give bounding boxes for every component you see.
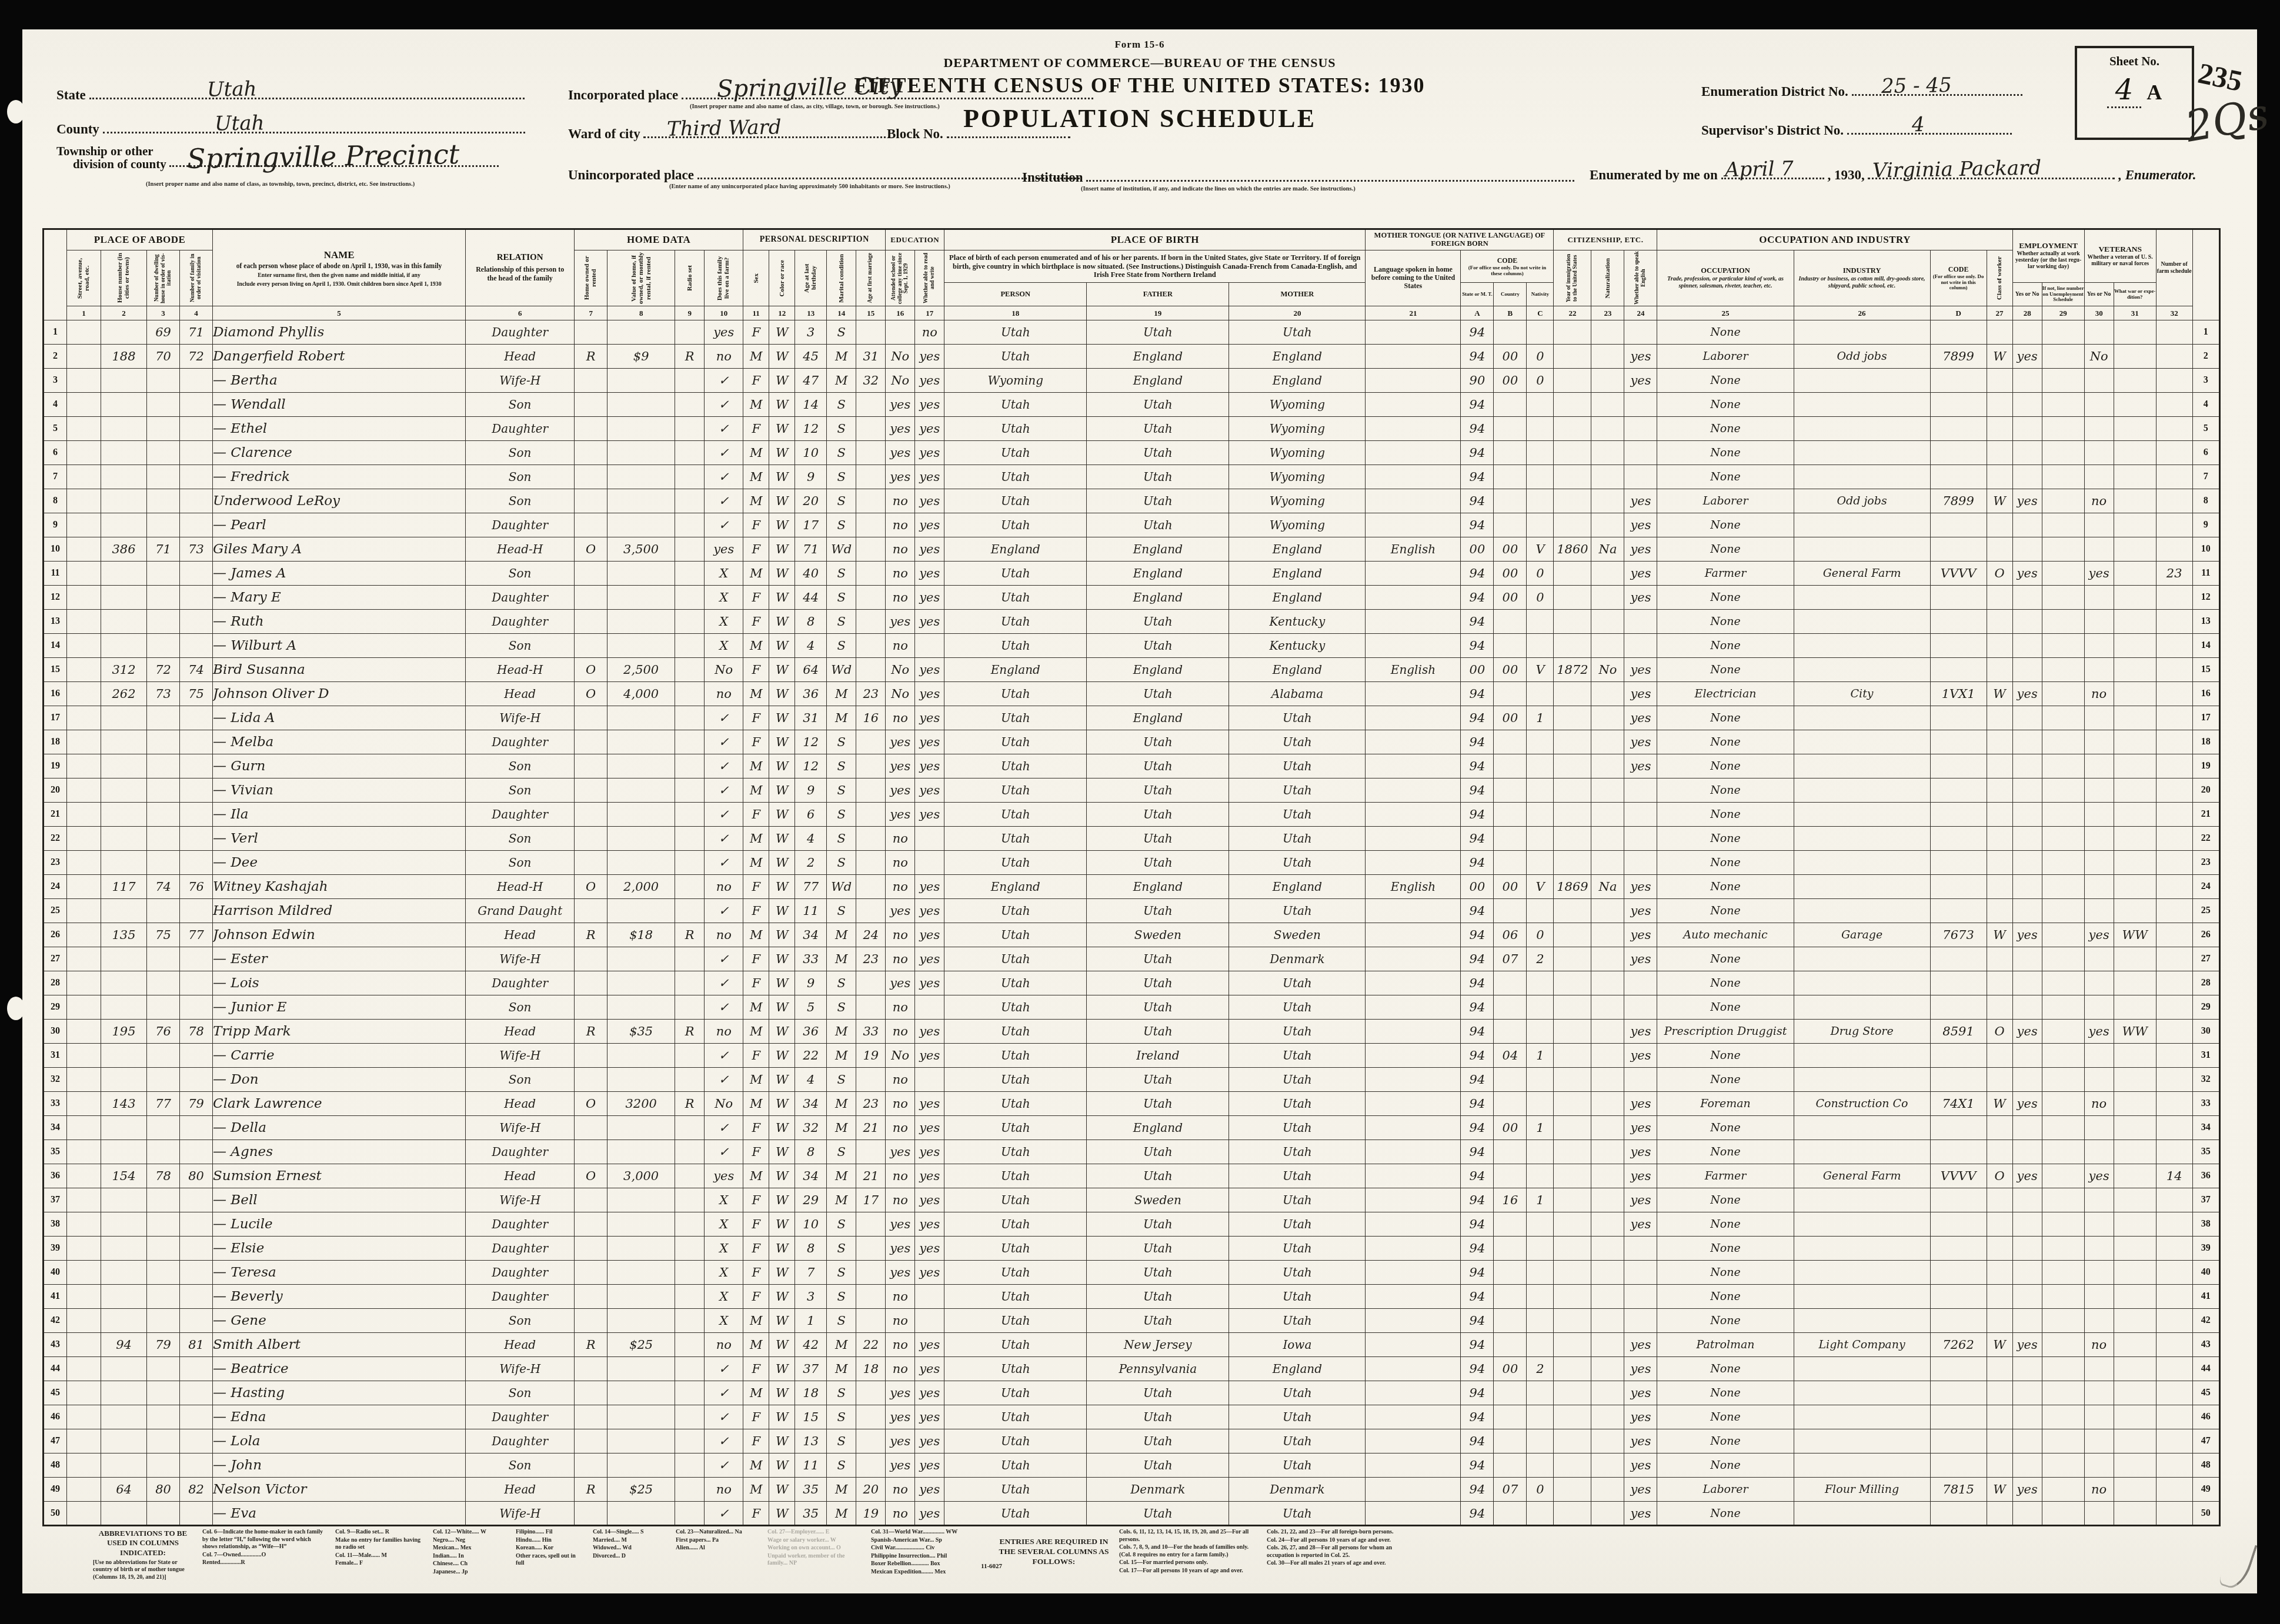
cell-language xyxy=(1366,682,1461,706)
cell-relation: Daughter xyxy=(466,1261,575,1285)
cell-occupation: None xyxy=(1657,706,1794,730)
cell-code_d: 7262 xyxy=(1930,1333,1987,1357)
cell-occupation: Patrolman xyxy=(1657,1333,1794,1357)
cell-sex: F xyxy=(743,610,769,634)
cell-immig: 1860 xyxy=(1554,537,1591,562)
cell-school: yes xyxy=(886,465,915,489)
table-row: 12— Mary EDaughterXFW44SnoyesUtahEngland… xyxy=(44,586,2220,610)
cell-family xyxy=(180,1453,213,1478)
cell-house xyxy=(101,706,147,730)
cell-language xyxy=(1366,610,1461,634)
cell-family xyxy=(180,393,213,417)
cell-language xyxy=(1366,441,1461,465)
cell-bp_mother: Utah xyxy=(1229,1285,1366,1309)
cell-farm_no xyxy=(2156,658,2192,682)
incorporated-field: Incorporated place Springville City xyxy=(568,83,1093,103)
cell-english xyxy=(1624,610,1657,634)
cell-farm_no xyxy=(2156,1261,2192,1285)
cell-unemp xyxy=(2042,1237,2084,1261)
cell-bp_mother: Utah xyxy=(1229,1381,1366,1405)
cell-relation: Head-H xyxy=(466,658,575,682)
cell-english xyxy=(1624,465,1657,489)
cell-ln: 8 xyxy=(44,489,67,513)
cell-house xyxy=(101,1357,147,1381)
table-row: 9— PearlDaughter✓FW17SnoyesUtahUtahWyomi… xyxy=(44,513,2220,537)
cell-work: yes xyxy=(2012,1164,2042,1188)
cell-code_a: 94 xyxy=(1461,1068,1494,1092)
township-label-2: division of county xyxy=(56,158,166,171)
cell-age: 37 xyxy=(795,1357,827,1381)
cell-value: 3200 xyxy=(607,1092,675,1116)
cell-farm: X xyxy=(705,1212,743,1237)
col-number-15: 15 xyxy=(856,306,886,320)
cell-sex: M xyxy=(743,441,769,465)
cell-code_d: 7899 xyxy=(1930,489,1987,513)
cell-name: — Della xyxy=(213,1116,466,1140)
cell-natur xyxy=(1591,1068,1624,1092)
cell-code_a: 94 xyxy=(1461,1405,1494,1429)
cell-color: W xyxy=(769,899,795,923)
cell-radio xyxy=(675,1044,705,1068)
cell-work xyxy=(2012,1237,2042,1261)
cell-sex: F xyxy=(743,706,769,730)
cell-school: no xyxy=(886,827,915,851)
cell-color: W xyxy=(769,1381,795,1405)
cell-work xyxy=(2012,1140,2042,1164)
cell-class xyxy=(1987,1502,2012,1526)
cell-age_m: 22 xyxy=(856,1333,886,1357)
cell-industry xyxy=(1794,1188,1930,1212)
col-header-birth-mother: MOTHER xyxy=(1229,283,1366,306)
print-code: 11-6027 xyxy=(981,1563,1002,1570)
cell-read: yes xyxy=(915,706,944,730)
cell-ln-right: 32 xyxy=(2192,1068,2219,1092)
cell-value xyxy=(607,899,675,923)
cell-work xyxy=(2012,320,2042,345)
cell-ln-right: 22 xyxy=(2192,827,2219,851)
cell-color: W xyxy=(769,1478,795,1502)
cell-code_d xyxy=(1930,1502,1987,1526)
cell-read: yes xyxy=(915,658,944,682)
cell-school: yes xyxy=(886,610,915,634)
cell-street: 1 North xyxy=(67,1333,101,1357)
cell-occupation: Prescription Druggist xyxy=(1657,1020,1794,1044)
cell-name: — Eva xyxy=(213,1502,466,1526)
employment-sub: Whether actually at work yesterday (or t… xyxy=(2013,250,2084,271)
cell-name: — Agnes xyxy=(213,1140,466,1164)
handwritten-mark: 2Qs xyxy=(2182,88,2272,151)
cell-radio xyxy=(675,465,705,489)
cell-class: O xyxy=(1987,1164,2012,1188)
cell-dwelling xyxy=(147,1212,180,1237)
cell-language xyxy=(1366,730,1461,754)
cell-own xyxy=(575,730,607,754)
cell-value xyxy=(607,1502,675,1526)
cell-vet xyxy=(2084,1429,2114,1453)
cell-age_m xyxy=(856,1429,886,1453)
cell-family xyxy=(180,1116,213,1140)
cell-street xyxy=(67,658,101,682)
cell-dwelling: 71 xyxy=(147,537,180,562)
cell-read: yes xyxy=(915,1188,944,1212)
cell-code_d xyxy=(1930,1044,1987,1068)
cell-farm: ✓ xyxy=(705,899,743,923)
cell-school: no xyxy=(886,1333,915,1357)
cell-farm: ✓ xyxy=(705,441,743,465)
cell-ln-right: 49 xyxy=(2192,1478,2219,1502)
cell-dwelling xyxy=(147,1068,180,1092)
cell-natur xyxy=(1591,1188,1624,1212)
cell-vet: no xyxy=(2084,489,2114,513)
cell-dwelling xyxy=(147,754,180,778)
cell-house: 143 xyxy=(101,1092,147,1116)
cell-farm_no xyxy=(2156,706,2192,730)
cell-farm_no xyxy=(2156,1453,2192,1478)
cell-value xyxy=(607,586,675,610)
col-number-2: 2 xyxy=(101,306,147,320)
cell-unemp xyxy=(2042,1116,2084,1140)
cell-name: — Wilburt A xyxy=(213,634,466,658)
cell-bp_person: Utah xyxy=(944,1405,1087,1429)
township-note: (Insert proper name and also name of cla… xyxy=(146,181,415,188)
cell-industry xyxy=(1794,1429,1930,1453)
cell-ln-right: 26 xyxy=(2192,923,2219,947)
cell-color: W xyxy=(769,562,795,586)
cell-ln: 14 xyxy=(44,634,67,658)
cell-color: W xyxy=(769,1285,795,1309)
cell-occupation: None xyxy=(1657,417,1794,441)
cell-language xyxy=(1366,562,1461,586)
cell-street xyxy=(67,320,101,345)
cell-farm_no xyxy=(2156,730,2192,754)
cell-street xyxy=(67,827,101,851)
cell-natur xyxy=(1591,1092,1624,1116)
cell-ln-right: 43 xyxy=(2192,1333,2219,1357)
cell-age: 22 xyxy=(795,1044,827,1068)
cell-family xyxy=(180,1309,213,1333)
table-row: 5— EthelDaughter✓FW12SyesyesUtahUtahWyom… xyxy=(44,417,2220,441)
cell-farm: ✓ xyxy=(705,1116,743,1140)
cell-code_c: V xyxy=(1527,875,1554,899)
cell-farm_no xyxy=(2156,827,2192,851)
cell-class xyxy=(1987,754,2012,778)
cell-code_d xyxy=(1930,875,1987,899)
cell-street xyxy=(67,899,101,923)
cell-natur xyxy=(1591,369,1624,393)
cell-occupation: Farmer xyxy=(1657,562,1794,586)
cell-street xyxy=(67,1309,101,1333)
cell-ln-right: 7 xyxy=(2192,465,2219,489)
cell-code_b: 07 xyxy=(1494,1478,1527,1502)
cell-industry xyxy=(1794,537,1930,562)
cell-age: 11 xyxy=(795,1453,827,1478)
cell-code_b xyxy=(1494,1429,1527,1453)
cell-code_b: 07 xyxy=(1494,947,1527,971)
cell-relation: Daughter xyxy=(466,1212,575,1237)
cell-natur xyxy=(1591,730,1624,754)
cell-vet xyxy=(2084,1068,2114,1092)
cell-own xyxy=(575,586,607,610)
cell-code_b xyxy=(1494,899,1527,923)
cell-own xyxy=(575,706,607,730)
cell-relation: Wife-H xyxy=(466,706,575,730)
cell-immig xyxy=(1554,995,1591,1020)
cell-code_b xyxy=(1494,320,1527,345)
cell-work xyxy=(2012,586,2042,610)
cell-bp_person: Wyoming xyxy=(944,369,1087,393)
cell-natur: No xyxy=(1591,658,1624,682)
cell-radio xyxy=(675,803,705,827)
cell-war xyxy=(2114,875,2156,899)
cell-own xyxy=(575,441,607,465)
cell-english: yes xyxy=(1624,1333,1657,1357)
cell-dwelling xyxy=(147,586,180,610)
cell-street xyxy=(67,562,101,586)
cell-dwelling xyxy=(147,1309,180,1333)
cell-ln-right: 20 xyxy=(2192,778,2219,803)
cell-bp_father: Utah xyxy=(1087,1020,1229,1044)
cell-school: No xyxy=(886,369,915,393)
cell-school: no xyxy=(886,706,915,730)
cell-code_d: VVVV xyxy=(1930,562,1987,586)
cell-age: 45 xyxy=(795,345,827,369)
veterans-title: VETERANS xyxy=(2085,245,2156,254)
cell-relation: Daughter xyxy=(466,417,575,441)
cell-farm_no xyxy=(2156,1140,2192,1164)
cell-class xyxy=(1987,441,2012,465)
cell-own xyxy=(575,1140,607,1164)
cell-work xyxy=(2012,1429,2042,1453)
cell-immig xyxy=(1554,827,1591,851)
cell-natur xyxy=(1591,899,1624,923)
cell-bp_father: Utah xyxy=(1087,1502,1229,1526)
cell-english xyxy=(1624,1237,1657,1261)
cell-code_d: 7815 xyxy=(1930,1478,1987,1502)
cell-ln: 16 xyxy=(44,682,67,706)
cell-read: yes xyxy=(915,1164,944,1188)
cell-bp_mother: Utah xyxy=(1229,1020,1366,1044)
cell-ln-right: 40 xyxy=(2192,1261,2219,1285)
cell-marital: S xyxy=(827,971,856,995)
cell-family xyxy=(180,1357,213,1381)
cell-farm_no xyxy=(2156,851,2192,875)
cell-radio xyxy=(675,1164,705,1188)
cell-ln: 4 xyxy=(44,393,67,417)
state-label: State xyxy=(56,88,86,102)
cell-read: yes xyxy=(915,1333,944,1357)
cell-farm: no xyxy=(705,1020,743,1044)
cell-war xyxy=(2114,803,2156,827)
cell-ln-right: 41 xyxy=(2192,1285,2219,1309)
cell-english: yes xyxy=(1624,682,1657,706)
table-row: 35— AgnesDaughter✓FW8SyesyesUtahUtahUtah… xyxy=(44,1140,2220,1164)
cell-read xyxy=(915,1285,944,1309)
cell-code_d xyxy=(1930,1405,1987,1429)
cell-value xyxy=(607,995,675,1020)
cell-school: No xyxy=(886,658,915,682)
cell-name: — Gene xyxy=(213,1309,466,1333)
cell-code_a: 94 xyxy=(1461,1502,1494,1526)
cell-code_a: 94 xyxy=(1461,1478,1494,1502)
cell-age_m xyxy=(856,851,886,875)
table-row: 241 West1177476Witney KashajahHead-HO2,0… xyxy=(44,875,2220,899)
cell-farm: ✓ xyxy=(705,827,743,851)
cell-natur xyxy=(1591,1164,1624,1188)
cell-school: yes xyxy=(886,730,915,754)
cell-sex: M xyxy=(743,1309,769,1333)
cell-marital: S xyxy=(827,441,856,465)
cell-color: W xyxy=(769,489,795,513)
cell-farm_no xyxy=(2156,320,2192,345)
cell-house xyxy=(101,730,147,754)
cell-radio: R xyxy=(675,923,705,947)
cell-family xyxy=(180,971,213,995)
cell-english: yes xyxy=(1624,1405,1657,1429)
cell-color: W xyxy=(769,658,795,682)
cell-marital: S xyxy=(827,1261,856,1285)
col-header-age: Age at last birthday xyxy=(795,250,827,306)
cell-marital: S xyxy=(827,1429,856,1453)
cell-marital: S xyxy=(827,586,856,610)
cell-unemp xyxy=(2042,1478,2084,1502)
cell-english: yes xyxy=(1624,1116,1657,1140)
cell-bp_person: Utah xyxy=(944,417,1087,441)
cell-bp_person: England xyxy=(944,658,1087,682)
cell-bp_person: Utah xyxy=(944,803,1087,827)
cell-bp_father: Utah xyxy=(1087,1405,1229,1429)
cell-street xyxy=(67,634,101,658)
cell-class xyxy=(1987,803,2012,827)
cell-natur xyxy=(1591,923,1624,947)
cell-class xyxy=(1987,1237,2012,1261)
cell-school: yes xyxy=(886,1261,915,1285)
cell-sex: F xyxy=(743,1285,769,1309)
cell-code_c xyxy=(1527,1164,1554,1188)
cell-vet xyxy=(2084,586,2114,610)
cell-code_a: 94 xyxy=(1461,1357,1494,1381)
cell-family: 82 xyxy=(180,1478,213,1502)
cell-bp_person: Utah xyxy=(944,1453,1087,1478)
cell-code_c xyxy=(1527,1261,1554,1285)
cell-own: O xyxy=(575,875,607,899)
cell-relation: Son xyxy=(466,1453,575,1478)
cell-unemp xyxy=(2042,610,2084,634)
cell-street xyxy=(67,971,101,995)
cell-ln-right: 18 xyxy=(2192,730,2219,754)
cell-code_b xyxy=(1494,1309,1527,1333)
cell-family xyxy=(180,947,213,971)
cell-code_a: 94 xyxy=(1461,1309,1494,1333)
cell-own xyxy=(575,851,607,875)
institution-label: Institution xyxy=(1022,170,1083,185)
col-header-code-d: CODE (For office use only. Do not write … xyxy=(1930,250,1987,306)
cell-ln-right: 23 xyxy=(2192,851,2219,875)
cell-family xyxy=(180,754,213,778)
cell-unemp xyxy=(2042,1212,2084,1237)
cell-name: — Gurn xyxy=(213,754,466,778)
cell-sex: M xyxy=(743,465,769,489)
cell-farm: ✓ xyxy=(705,1357,743,1381)
cell-occupation: None xyxy=(1657,1188,1794,1212)
cell-farm_no xyxy=(2156,1357,2192,1381)
cell-language xyxy=(1366,1333,1461,1357)
cell-own: O xyxy=(575,682,607,706)
cell-age: 10 xyxy=(795,1212,827,1237)
cell-vet xyxy=(2084,1453,2114,1478)
cell-color: W xyxy=(769,1116,795,1140)
cell-sex: F xyxy=(743,658,769,682)
cell-work xyxy=(2012,1116,2042,1140)
cell-english xyxy=(1624,995,1657,1020)
cell-language xyxy=(1366,1478,1461,1502)
cell-immig xyxy=(1554,1237,1591,1261)
cell-code_b xyxy=(1494,1405,1527,1429)
cell-work xyxy=(2012,754,2042,778)
cell-industry: Odd jobs xyxy=(1794,345,1930,369)
cell-code_b xyxy=(1494,1164,1527,1188)
cell-industry xyxy=(1794,778,1930,803)
cell-read xyxy=(915,827,944,851)
cell-class xyxy=(1987,827,2012,851)
cell-relation: Wife-H xyxy=(466,1116,575,1140)
cell-occupation: None xyxy=(1657,1261,1794,1285)
cell-vet: yes xyxy=(2084,923,2114,947)
unincorporated-label: Unincorporated place xyxy=(568,168,694,182)
cell-name: — Vivian xyxy=(213,778,466,803)
cell-unemp xyxy=(2042,1164,2084,1188)
cell-farm: ✓ xyxy=(705,803,743,827)
cell-color: W xyxy=(769,537,795,562)
cell-class xyxy=(1987,947,2012,971)
cell-industry xyxy=(1794,393,1930,417)
cell-ln: 22 xyxy=(44,827,67,851)
cell-name: — Mary E xyxy=(213,586,466,610)
cell-industry xyxy=(1794,1044,1930,1068)
incorporated-line: Springville City xyxy=(682,83,1093,99)
incorporated-value: Springville City xyxy=(717,72,903,103)
cell-street xyxy=(67,730,101,754)
code-sub: (For office use only. Do not write in th… xyxy=(1461,265,1553,276)
cell-code_a: 94 xyxy=(1461,730,1494,754)
cell-farm_no xyxy=(2156,1212,2192,1237)
cell-natur xyxy=(1591,610,1624,634)
cell-color: W xyxy=(769,1333,795,1357)
cell-ln: 24 xyxy=(44,875,67,899)
cell-school: no xyxy=(886,1164,915,1188)
cell-dwelling: 74 xyxy=(147,875,180,899)
cell-unemp xyxy=(2042,827,2084,851)
footer-block-5: Col. 14—Single..... SMarried.... MWidowe… xyxy=(593,1529,666,1560)
cell-farm_no xyxy=(2156,1044,2192,1068)
cell-class xyxy=(1987,706,2012,730)
col-header-home-owned: Home owned or rented xyxy=(575,250,607,306)
cell-relation: Daughter xyxy=(466,610,575,634)
cell-school: yes xyxy=(886,417,915,441)
cell-bp_father: Utah xyxy=(1087,1092,1229,1116)
cell-bp_person: Utah xyxy=(944,465,1087,489)
sd-value: 4 xyxy=(1912,113,1925,136)
cell-vet xyxy=(2084,1212,2114,1237)
table-header: PLACE OF ABODE NAME of each person whose… xyxy=(44,229,2220,320)
cell-immig xyxy=(1554,1092,1591,1116)
cell-name: Dangerfield Robert xyxy=(213,345,466,369)
cell-house xyxy=(101,1116,147,1140)
group-employment: EMPLOYMENT Whether actually at work yest… xyxy=(2012,229,2084,283)
ed-label: Enumeration District No. xyxy=(1701,84,1848,99)
cell-bp_person: Utah xyxy=(944,1478,1087,1502)
cell-bp_father: Ireland xyxy=(1087,1044,1229,1068)
cell-age: 5 xyxy=(795,995,827,1020)
